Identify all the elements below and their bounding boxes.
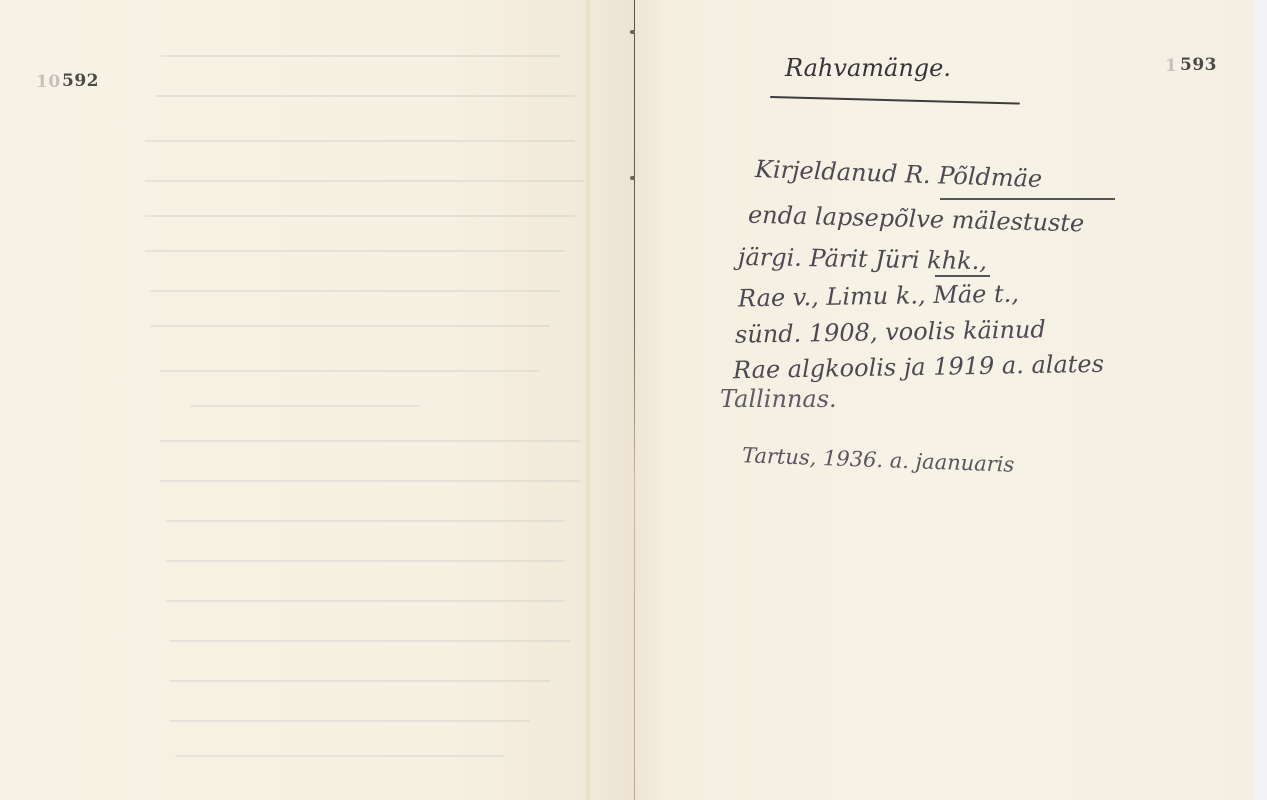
page-number-left: 592 [62, 71, 99, 91]
page-fold-shadow [585, 0, 591, 800]
manuscript-line: Rae v., Limu k., Mäe t., [738, 280, 1019, 313]
manuscript-title: Rahvamänge. [785, 54, 951, 82]
scan-margin [1255, 0, 1267, 800]
manuscript-line: Tallinnas. [720, 385, 837, 413]
manuscript-line: järgi. Pärit Jüri khk., [738, 243, 987, 275]
place-underline [935, 275, 990, 277]
left-page: 10 592 [0, 0, 635, 800]
manuscript-line: sünd. 1908, voolis käinud [735, 315, 1046, 348]
page-number-ghost: 1 [1165, 56, 1177, 76]
page-number-right: 593 [1180, 55, 1217, 75]
page-number-ghost: 10 [36, 72, 61, 92]
name-underline [940, 198, 1115, 200]
